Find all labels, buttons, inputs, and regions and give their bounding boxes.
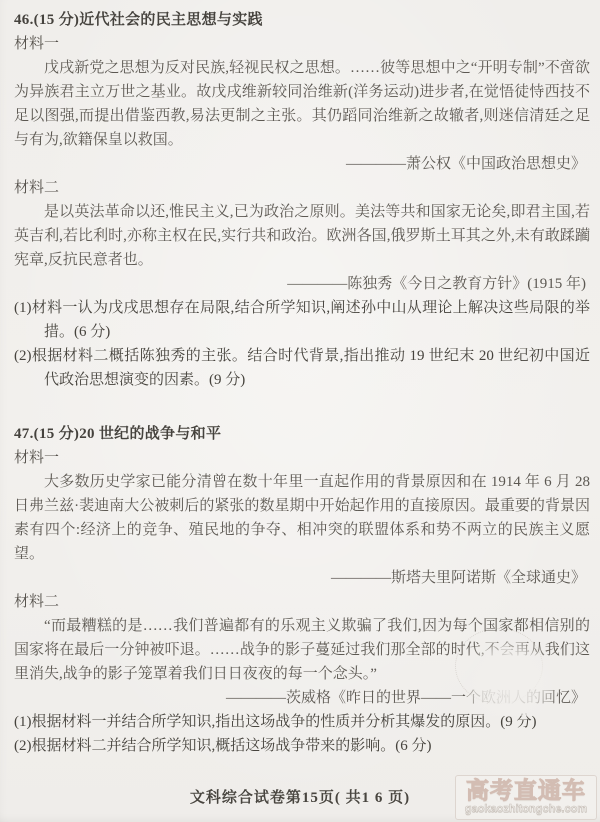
q47-material-1-text: 大多数历史学家已能分清曾在数十年里一直起作用的背景原因和在 1914 年 6 月…: [14, 470, 590, 566]
q47-item-1: (1)根据材料一并结合所学知识,指出这场战争的性质并分析其爆发的原因。(9 分): [14, 710, 590, 734]
q46-material-2-source: ————陈独秀《今日之教育方针》(1915 年): [14, 272, 590, 296]
page-content: 46.(15 分)近代社会的民主思想与实践 材料一 戊戌新党之思想为反对民族,轻…: [0, 0, 600, 758]
q46-material-2-label: 材料二: [14, 176, 590, 200]
q46-material-1-text: 戊戌新党之思想为反对民族,轻视民权之思想。……彼等思想中之“开明专制”不啻欲为异…: [14, 56, 590, 152]
q47-material-2-source: ————茨威格《昨日的世界——一个欧洲人的回忆》: [14, 686, 590, 710]
site-watermark-title: 高考直通车: [460, 778, 592, 803]
q47-material-1-source: ————斯塔夫里阿诺斯《全球通史》: [14, 566, 590, 590]
q46-material-2-text: 是以英法革命以还,惟民主义,已为政治之原则。美法等共和国家无论矣,即君主国,若英…: [14, 200, 590, 272]
q46-material-1-source: ————萧公权《中国政治思想史》: [14, 152, 590, 176]
site-watermark-logo: 高考直通车 gaokaozhitongche.com: [455, 775, 597, 820]
site-watermark-domain: gaokaozhitongche.com: [460, 803, 592, 816]
question-47-section: 47.(15 分)20 世纪的战争与和平 材料一 大多数历史学家已能分清曾在数十…: [14, 422, 590, 758]
q46-material-1-label: 材料一: [14, 32, 590, 56]
q47-material-1-label: 材料一: [14, 446, 590, 470]
q47-material-2-text: “而最糟糕的是……我们普遍都有的乐观主义欺骗了我们,因为每个国家都相信别的国家将…: [14, 614, 590, 686]
q46-item-1: (1)材料一认为戊戌思想存在局限,结合所学知识,阐述孙中山从理论上解决这些局限的…: [14, 296, 590, 344]
exam-paper-page: 46.(15 分)近代社会的民主思想与实践 材料一 戊戌新党之思想为反对民族,轻…: [0, 0, 600, 822]
q47-item-2: (2)根据材料二并结合所学知识,概括这场战争带来的影响。(6 分): [14, 734, 590, 758]
question-46-title: 46.(15 分)近代社会的民主思想与实践: [14, 8, 590, 32]
q47-material-2-label: 材料二: [14, 590, 590, 614]
question-47-title: 47.(15 分)20 世纪的战争与和平: [14, 422, 590, 446]
q46-item-2: (2)根据材料二概括陈独秀的主张。结合时代背景,指出推动 19 世纪末 20 世…: [14, 344, 590, 392]
question-46-section: 46.(15 分)近代社会的民主思想与实践 材料一 戊戌新党之思想为反对民族,轻…: [14, 8, 590, 392]
